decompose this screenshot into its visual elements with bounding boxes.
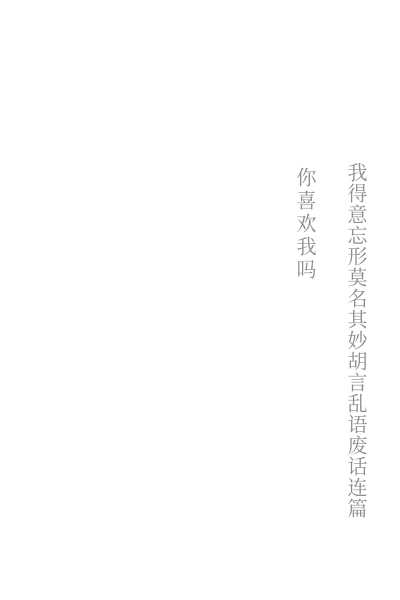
page-background: 我得意忘形莫名其妙胡言乱语废话连篇 你喜欢我吗 — [0, 0, 400, 600]
main-text-column: 我得意忘形莫名其妙胡言乱语废话连篇 — [346, 162, 366, 519]
side-text-column: 你喜欢我吗 — [295, 167, 315, 282]
